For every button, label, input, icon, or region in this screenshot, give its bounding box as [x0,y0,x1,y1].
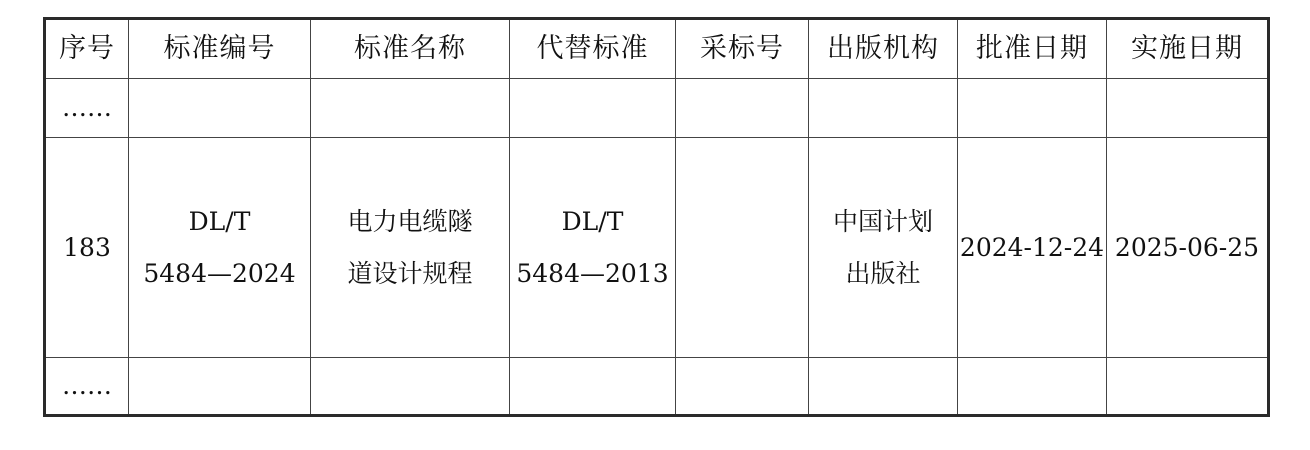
replaces-line-1: DL/T [562,207,624,237]
publisher-cell: 中国计划 出版社 [809,138,958,358]
header-standard-code: 标准编号 [129,19,311,79]
code-line-2: 5484—2024 [143,259,295,289]
publisher-line-1: 中国计划 [833,207,933,237]
replaces-cell [510,79,676,138]
replaces-line-2: 5484—2013 [516,259,668,289]
publisher-line-2: 出版社 [845,259,920,289]
code-line-1: DL/T [189,207,251,237]
standards-table: 序号 标准编号 标准名称 代替标准 采标号 出版机构 批准日期 实施日期 …… … [43,17,1270,417]
effective-date-cell [1107,358,1269,416]
header-standard-name: 标准名称 [311,19,510,79]
name-line-2: 道设计规程 [347,259,472,289]
header-row: 序号 标准编号 标准名称 代替标准 采标号 出版机构 批准日期 实施日期 [45,19,1269,79]
header-replaced-standard: 代替标准 [510,19,676,79]
name-cell: 电力电缆隧 道设计规程 [311,138,510,358]
approval-date-cell [958,358,1107,416]
seq-cell: …… [45,79,129,138]
approval-date-cell: 2024-12-24 [958,138,1107,358]
name-cell [311,358,510,416]
replaces-cell [510,358,676,416]
header-seq: 序号 [45,19,129,79]
header-effective-date: 实施日期 [1107,19,1269,79]
effective-date-cell [1107,79,1269,138]
table-row-ellipsis-bottom: …… [45,358,1269,416]
code-cell [129,79,311,138]
replaces-cell: DL/T 5484—2013 [510,138,676,358]
adopted-cell [676,138,809,358]
approval-date-cell [958,79,1107,138]
table-row-ellipsis-top: …… [45,79,1269,138]
seq-cell: …… [45,358,129,416]
header-publisher: 出版机构 [809,19,958,79]
table-row: 183 DL/T 5484—2024 电力电缆隧 道设计规程 DL/T 5484… [45,138,1269,358]
header-approval-date: 批准日期 [958,19,1107,79]
effective-date-cell: 2025-06-25 [1107,138,1269,358]
adopted-cell [676,358,809,416]
code-cell: DL/T 5484—2024 [129,138,311,358]
adopted-cell [676,79,809,138]
code-cell [129,358,311,416]
header-adopted-number: 采标号 [676,19,809,79]
publisher-cell [809,79,958,138]
name-cell [311,79,510,138]
publisher-cell [809,358,958,416]
seq-cell: 183 [45,138,129,358]
name-line-1: 电力电缆隧 [347,207,472,237]
